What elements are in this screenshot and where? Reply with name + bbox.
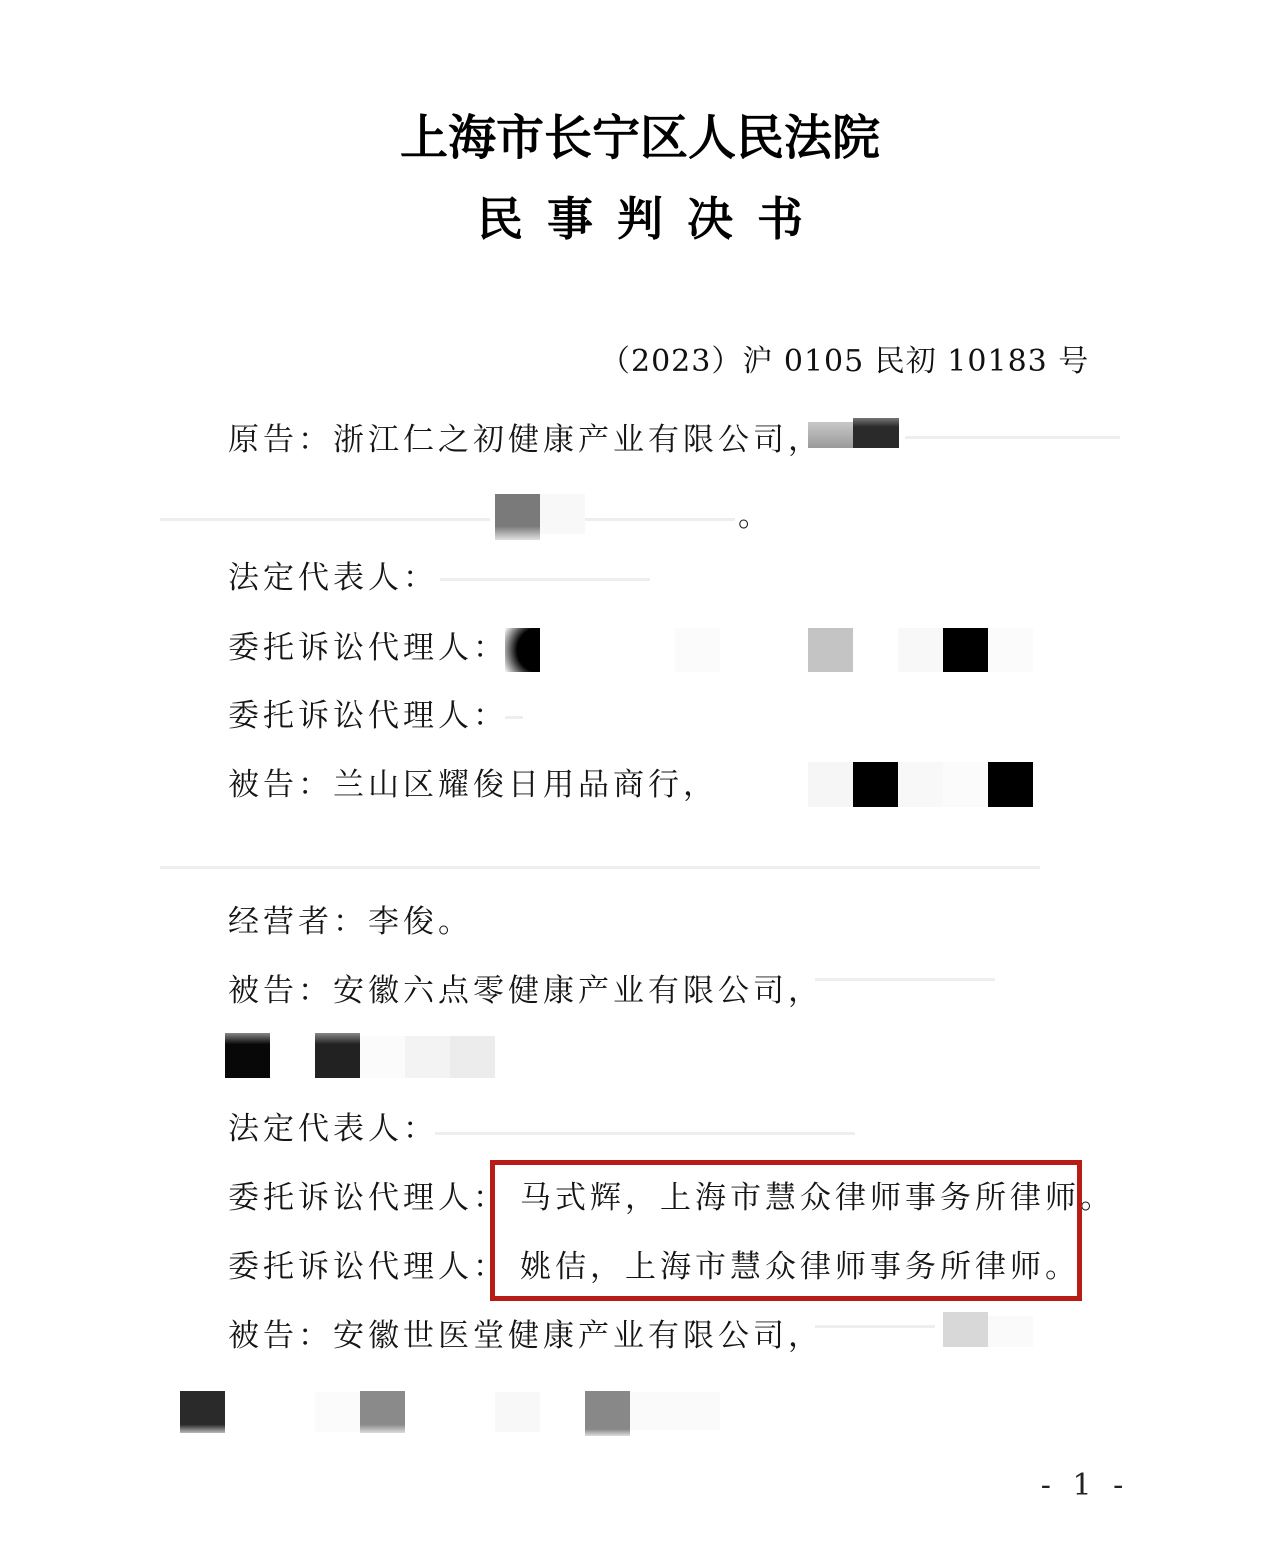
operator-name: 李俊。 xyxy=(368,904,473,940)
redacted-text xyxy=(435,1132,855,1135)
judgment-page: 上海市长宁区人民法院 民事判决书 （2023）沪 0105 民初 10183 号… xyxy=(0,0,1280,1543)
page-number: - 1 - xyxy=(1030,1466,1140,1506)
defendant-1-name: 兰山区耀俊日用品商行， xyxy=(333,767,718,803)
defendant-2-legal-rep-line: 法定代表人： xyxy=(228,1107,438,1151)
defendant-3-name: 安徽世医堂健康产业有限公司， xyxy=(333,1318,823,1354)
redaction-block xyxy=(505,628,540,672)
redaction-block xyxy=(943,1312,988,1347)
defendant-2-name: 安徽六点零健康产业有限公司， xyxy=(333,973,823,1009)
redaction-block xyxy=(988,1316,1033,1347)
redaction-block xyxy=(315,1392,360,1432)
redaction-block xyxy=(360,1391,405,1433)
plaintiff-line: 原告：浙江仁之初健康产业有限公司， xyxy=(228,418,823,462)
agent-label: 委托诉讼代理人： xyxy=(228,1180,508,1216)
defendant-label: 被告： xyxy=(228,767,333,803)
defendant-1-operator-line: 经营者：李俊。 xyxy=(228,900,473,944)
redaction-block xyxy=(943,628,988,672)
agent-label: 委托诉讼代理人： xyxy=(228,698,508,734)
redacted-text xyxy=(160,866,1040,869)
redaction-block xyxy=(225,1033,270,1078)
plaintiff-legal-rep-line: 法定代表人： xyxy=(228,556,438,600)
redacted-text xyxy=(505,716,523,719)
operator-label: 经营者： xyxy=(228,904,368,940)
redaction-block xyxy=(540,494,585,534)
defendant-1-line: 被告：兰山区耀俊日用品商行， xyxy=(228,763,718,807)
redacted-text xyxy=(585,518,735,521)
redaction-block xyxy=(675,628,720,672)
plaintiff-name: 浙江仁之初健康产业有限公司， xyxy=(333,422,823,458)
defendant-3-line: 被告：安徽世医堂健康产业有限公司， xyxy=(228,1314,823,1358)
redaction-block xyxy=(853,418,899,448)
redaction-block xyxy=(808,628,853,672)
redaction-block xyxy=(180,1391,225,1433)
redaction-block xyxy=(898,762,943,807)
redaction-block xyxy=(360,1036,405,1078)
redacted-text xyxy=(440,578,650,581)
redaction-block xyxy=(808,762,853,807)
agent-label: 委托诉讼代理人： xyxy=(228,630,508,666)
plaintiff-agent-line-2: 委托诉讼代理人： xyxy=(228,694,508,738)
redacted-text xyxy=(905,436,1120,439)
redaction-block xyxy=(315,1033,360,1078)
legal-rep-label: 法定代表人： xyxy=(228,1111,438,1147)
redaction-block xyxy=(808,422,853,448)
agent-label: 委托诉讼代理人： xyxy=(228,1249,508,1285)
defendant-2-line: 被告：安徽六点零健康产业有限公司， xyxy=(228,969,823,1013)
redaction-block xyxy=(943,762,988,807)
redaction-block xyxy=(988,762,1033,807)
address-end: 。 xyxy=(738,494,773,538)
defendant-label: 被告： xyxy=(228,1318,333,1354)
court-name: 上海市长宁区人民法院 xyxy=(0,108,1280,168)
redaction-block xyxy=(988,628,1033,672)
document-type: 民事判决书 xyxy=(0,190,1280,248)
legal-rep-label: 法定代表人： xyxy=(228,560,438,596)
redaction-block xyxy=(405,1036,450,1078)
redacted-text xyxy=(815,1325,935,1328)
redaction-block xyxy=(630,1392,720,1430)
plaintiff-label: 原告： xyxy=(228,422,333,458)
redacted-text xyxy=(815,978,995,981)
redacted-text xyxy=(160,518,490,521)
plaintiff-agent-line-1: 委托诉讼代理人： xyxy=(228,626,508,670)
defendant-label: 被告： xyxy=(228,973,333,1009)
redaction-block xyxy=(853,762,898,807)
redaction-block xyxy=(495,1392,540,1432)
redaction-block xyxy=(898,628,943,672)
highlight-box xyxy=(490,1160,1082,1301)
redaction-block xyxy=(495,494,540,540)
case-number: （2023）沪 0105 民初 10183 号 xyxy=(600,340,1089,384)
redaction-block xyxy=(450,1036,495,1078)
redaction-block xyxy=(585,1391,630,1436)
